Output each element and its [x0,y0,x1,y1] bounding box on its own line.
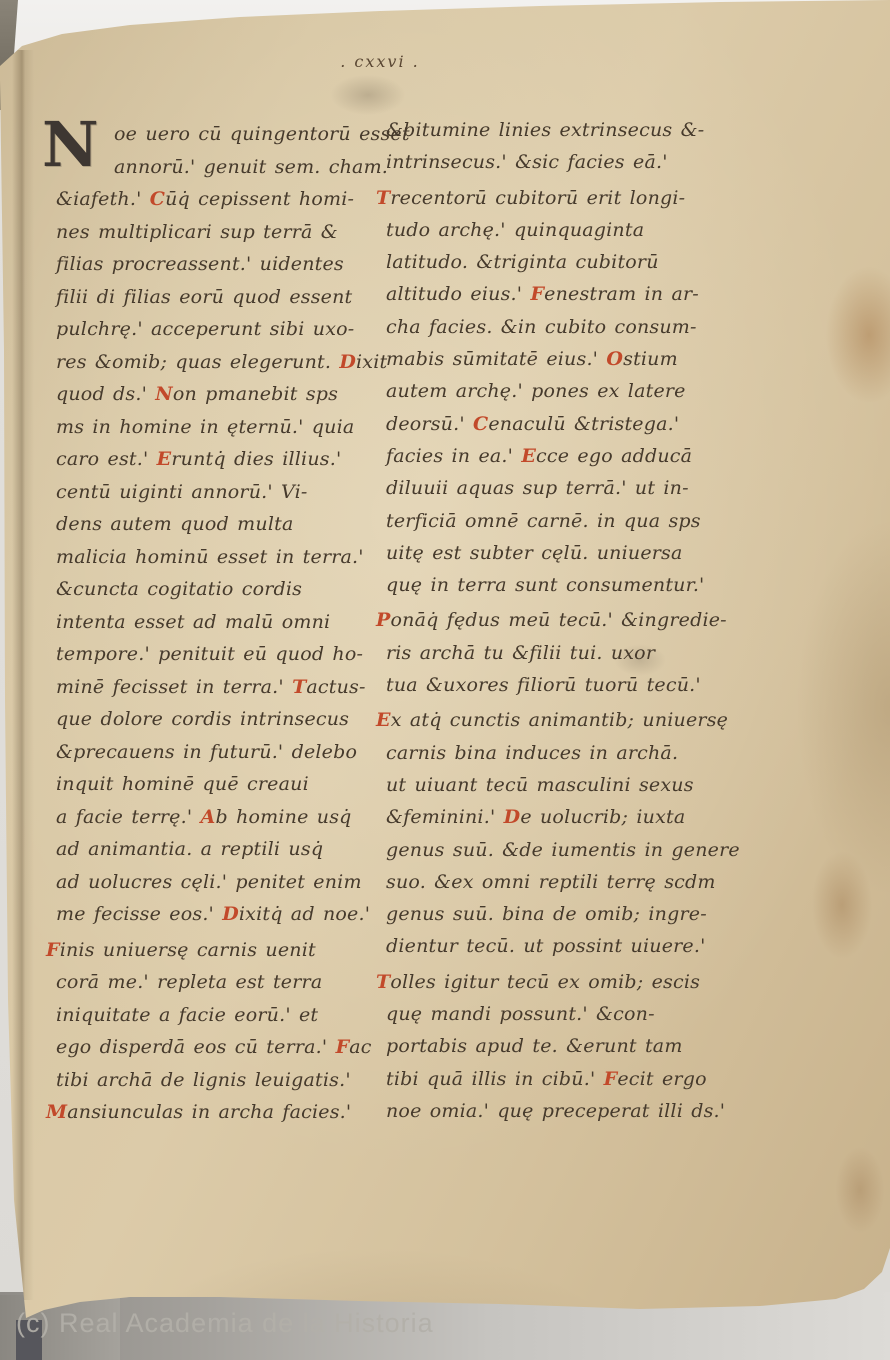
text-run: malicia hominū esset in terra.' [56,546,364,568]
manuscript-line: inquit hominē quē creaui [56,768,382,801]
text-run: ego disperdā eos cū terra.' [56,1036,336,1058]
text-run: diluuii aquas sup terrā.' ut in- [386,477,689,499]
manuscript-line: Ex atq̇ cunctis animantib; uniuersę [376,704,722,736]
rubric-initial: C [473,413,488,435]
manuscript-line: malicia hominū esset in terra.' [56,541,382,574]
manuscript-line: &cuncta cogitatio cordis [56,573,382,606]
manuscript-line: facies in ea.' Ecce ego adducā [386,440,722,472]
text-run: tempore.' penituit eū quod ho- [56,643,363,665]
rubric-initial: D [222,903,239,925]
text-run: annorū.' genuit sem. cham. [114,156,388,178]
rubric-initial: F [46,939,60,961]
rubric-initial: N [155,383,173,405]
manuscript-line: Finis uniuersę carnis uenit [46,934,382,967]
text-run: uitę est subter cęlū. uniuersa [386,542,683,564]
text-run: tua &uxores filiorū tuorū tecū.' [386,674,701,696]
manuscript-line: &bitumine linies extrinsecus &- [386,114,722,146]
text-run: filii di filias eorū quod essent [56,286,352,308]
text-run: oe uero cū quingentorū esset [114,123,410,145]
text-run: &cuncta cogitatio cordis [56,578,302,600]
text-run: altitudo eius.' [386,283,530,305]
text-run: &bitumine linies extrinsecus &- [386,119,704,141]
rubric-initial: F [336,1036,350,1058]
text-run: enaculū &tristega.' [488,413,679,435]
text-run: res &omib; quas elegerunt. [56,351,339,373]
manuscript-line: caro est.' Eruntq̇ dies illius.' [56,443,382,476]
text-run: tudo archę.' quinquaginta [386,219,644,241]
text-run: tibi archā de lignis leuigatis.' [56,1069,351,1091]
text-run: pulchrę.' acceperunt sibi uxo- [56,318,354,340]
text-run: quod ds.' [56,383,155,405]
text-run: que dolore cordis intrinsecus [56,708,349,730]
copyright-watermark: (c) Real Academia de la Historia [16,1308,434,1339]
manuscript-line: deorsū.' Cenaculū &tristega.' [386,408,722,440]
manuscript-photo: a . cxxvi . N oe uero cū quingentorū ess… [0,0,890,1360]
text-run: ut uiuant tecū masculini sexus [386,774,694,796]
manuscript-line: filias procreassent.' uidentes [56,248,382,281]
text-run: noe omia.' quę preceperat illi ds.' [386,1100,725,1122]
manuscript-line: Ponāq̇ fędus meū tecū.' &ingredie- [376,604,722,636]
manuscript-line: oe uero cū quingentorū esset [56,118,382,151]
manuscript-line: minē fecisset in terra.' Tactus- [56,671,382,704]
manuscript-line: quę in terra sunt consumentur.' [386,569,722,601]
manuscript-line: carnis bina induces in archā. [386,737,722,769]
text-run: olles igitur tecū ex omib; escis [390,971,700,993]
text-run: ad animantia. a reptili usq̇ [56,838,323,860]
manuscript-line: cha facies. &in cubito consum- [386,311,722,343]
text-run: intrinsecus.' &sic facies eā.' [386,151,668,173]
rubric-initial: E [521,445,536,467]
text-run: inquit hominē quē creaui [56,773,309,795]
manuscript-line: genus suū. bina de omib; ingre- [386,898,722,930]
text-run: genus suū. &de iumentis in genere [386,839,740,861]
rubric-initial: E [376,709,391,731]
text-run: &feminini.' [386,806,504,828]
manuscript-line: tua &uxores filiorū tuorū tecū.' [386,669,722,701]
text-run: nes multiplicari sup terrā & [56,221,338,243]
text-run: tibi quā illis in cibū.' [386,1068,604,1090]
rubric-initial: E [157,448,172,470]
rubric-initial: C [150,188,165,210]
text-run: ris archā tu &filii tui. uxor [386,642,655,664]
manuscript-line: res &omib; quas elegerunt. Dixit [56,346,382,379]
text-run: ansiunculas in archa facies.' [67,1101,351,1123]
manuscript-line: tudo archę.' quinquaginta [386,214,722,246]
manuscript-line: terficiā omnē carnē. in qua sps [386,505,722,537]
text-run: facies in ea.' [386,445,521,467]
text-run: cce ego adducā [536,445,692,467]
text-run: onāq̇ fędus meū tecū.' &ingredie- [391,609,727,631]
parchment-page: a . cxxvi . N oe uero cū quingentorū ess… [0,0,890,1360]
text-run: &iafeth.' [56,188,150,210]
text-column-right: &bitumine linies extrinsecus &-intrinsec… [386,114,722,1127]
manuscript-line: noe omia.' quę preceperat illi ds.' [386,1095,722,1127]
text-run: stium [623,348,678,370]
rubric-initial: T [292,676,306,698]
text-run: ūq̇ cepissent homi- [165,188,354,210]
rubric-initial: A [201,806,216,828]
rubric-initial: P [376,609,391,631]
manuscript-line: diluuii aquas sup terrā.' ut in- [386,472,722,504]
manuscript-line: tempore.' penituit eū quod ho- [56,638,382,671]
text-run: quę mandi possunt.' &con- [386,1003,655,1025]
text-run: x atq̇ cunctis animantib; uniuersę [391,709,728,731]
text-run: ecit ergo [617,1068,706,1090]
manuscript-line: portabis apud te. &erunt tam [386,1030,722,1062]
text-run: ms in homine in ęternū.' quia [56,416,354,438]
text-run: a facie terrę.' [56,806,201,828]
manuscript-line: corā me.' repleta est terra [56,966,382,999]
text-run: b homine usq̇ [215,806,351,828]
manuscript-line: tibi archā de lignis leuigatis.' [56,1064,382,1097]
rubric-initial: F [604,1068,618,1090]
manuscript-line: ego disperdā eos cū terra.' Fac [56,1031,382,1064]
rubric-initial: T [376,187,390,209]
rubric-initial: F [530,283,544,305]
manuscript-line: intenta esset ad malū omni [56,606,382,639]
manuscript-line: que dolore cordis intrinsecus [56,703,382,736]
text-run: portabis apud te. &erunt tam [386,1035,683,1057]
text-run: ac [349,1036,371,1058]
text-run: carnis bina induces in archā. [386,742,678,764]
manuscript-line: dens autem quod multa [56,508,382,541]
manuscript-line: annorū.' genuit sem. cham. [56,151,382,184]
manuscript-line: me fecisse eos.' Dixitq̇ ad noe.' [56,898,382,931]
text-run: mabis sūmitatē eius.' [386,348,606,370]
manuscript-line: &feminini.' De uolucrib; iuxta [386,801,722,833]
text-run: recentorū cubitorū erit longi- [390,187,685,209]
manuscript-line: altitudo eius.' Fenestram in ar- [386,278,722,310]
folio-number: . cxxvi . [300,52,460,71]
text-run: ad uolucres cęli.' penitet enim [56,871,362,893]
manuscript-line: latitudo. &triginta cubitorū [386,246,722,278]
manuscript-line: ad uolucres cęli.' penitet enim [56,866,382,899]
manuscript-line: quę mandi possunt.' &con- [386,998,722,1030]
manuscript-line: &iafeth.' Cūq̇ cepissent homi- [56,183,382,216]
text-run: genus suū. bina de omib; ingre- [386,903,707,925]
text-run: me fecisse eos.' [56,903,222,925]
text-run: dientur tecū. ut possint uiuere.' [386,935,706,957]
text-run: intenta esset ad malū omni [56,611,330,633]
manuscript-line: centū uiginti annorū.' Vi- [56,476,382,509]
manuscript-line: dientur tecū. ut possint uiuere.' [386,930,722,962]
manuscript-line: Trecentorū cubitorū erit longi- [376,182,722,214]
text-run: &precauens in futurū.' delebo [56,741,357,763]
text-run: filias procreassent.' uidentes [56,253,344,275]
text-run: quę in terra sunt consumentur.' [386,574,704,596]
manuscript-line: quod ds.' Non pmanebit sps [56,378,382,411]
gutter-crease [12,50,34,1300]
text-column-left: oe uero cū quingentorū essetannorū.' gen… [56,118,382,1129]
manuscript-line: pulchrę.' acceperunt sibi uxo- [56,313,382,346]
text-run: autem archę.' pones ex latere [386,380,686,402]
text-run: ixit [356,351,387,373]
text-run: runtq̇ dies illius.' [171,448,341,470]
manuscript-line: autem archę.' pones ex latere [386,375,722,407]
manuscript-line: Mansiunculas in archa facies.' [46,1096,382,1129]
manuscript-line: ms in homine in ęternū.' quia [56,411,382,444]
manuscript-line: ad animantia. a reptili usq̇ [56,833,382,866]
text-run: terficiā omnē carnē. in qua sps [386,510,701,532]
text-run: on pmanebit sps [173,383,338,405]
manuscript-line: genus suū. &de iumentis in genere [386,834,722,866]
manuscript-line: tibi quā illis in cibū.' Fecit ergo [386,1063,722,1095]
manuscript-line: iniquitate a facie eorū.' et [56,999,382,1032]
manuscript-line: &precauens in futurū.' delebo [56,736,382,769]
manuscript-line: nes multiplicari sup terrā & [56,216,382,249]
text-run: inis uniuersę carnis uenit [60,939,316,961]
text-run: ixitq̇ ad noe.' [239,903,370,925]
text-run: suo. &ex omni reptili terrę scdm [386,871,716,893]
text-run: cha facies. &in cubito consum- [386,316,697,338]
manuscript-line: Tolles igitur tecū ex omib; escis [376,966,722,998]
manuscript-line: ris archā tu &filii tui. uxor [386,637,722,669]
rubric-initial: D [339,351,356,373]
manuscript-line: ut uiuant tecū masculini sexus [386,769,722,801]
text-run: e uolucrib; iuxta [520,806,685,828]
text-run: enestram in ar- [544,283,699,305]
text-run: iniquitate a facie eorū.' et [56,1004,318,1026]
rubric-initial: T [376,971,390,993]
rubric-initial: O [606,348,623,370]
manuscript-line: uitę est subter cęlū. uniuersa [386,537,722,569]
manuscript-line: suo. &ex omni reptili terrę scdm [386,866,722,898]
quire-mark: a [92,18,100,33]
text-run: centū uiginti annorū.' Vi- [56,481,308,503]
rubric-initial: M [46,1101,67,1123]
manuscript-line: mabis sūmitatē eius.' Ostium [386,343,722,375]
text-run: corā me.' repleta est terra [56,971,322,993]
text-run: minē fecisset in terra.' [56,676,292,698]
text-run: caro est.' [56,448,157,470]
manuscript-line: intrinsecus.' &sic facies eā.' [386,146,722,178]
text-run: deorsū.' [386,413,473,435]
text-run: actus- [306,676,365,698]
manuscript-line: filii di filias eorū quod essent [56,281,382,314]
manuscript-line: a facie terrę.' Ab homine usq̇ [56,801,382,834]
text-run: latitudo. &triginta cubitorū [386,251,659,273]
text-run: dens autem quod multa [56,513,293,535]
rubric-initial: D [504,806,521,828]
